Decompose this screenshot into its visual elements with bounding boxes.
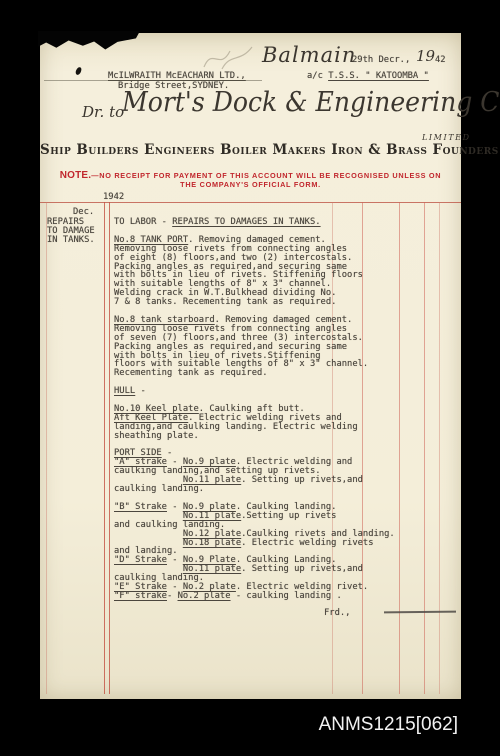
company-name: Mort's Dock & Engineering Co. xyxy=(122,87,500,118)
ink-speck xyxy=(75,66,82,75)
form-rule-line xyxy=(44,80,262,81)
typed-body: TO LABOR - REPAIRS TO DAMAGES IN TANKS.N… xyxy=(114,218,458,601)
typed-body-line: HULL - xyxy=(114,387,458,396)
typed-body-line xyxy=(114,378,458,387)
vertical-rule-left xyxy=(46,202,47,694)
catalog-number-caption: ANMS1215[062] xyxy=(319,714,458,736)
typed-body-line: "F" strake- No.2 plate - caulking landin… xyxy=(114,592,458,601)
torn-corner-damage xyxy=(38,31,140,52)
pencil-total-line xyxy=(384,611,456,614)
note-line-2: THE COMPANY'S OFFICIAL FORM. xyxy=(40,180,461,189)
dr-to-label: Dr. to xyxy=(82,103,124,121)
typed-body-line: TO LABOR - REPAIRS TO DAMAGES IN TANKS. xyxy=(114,218,458,227)
account-prefix: a/c xyxy=(307,71,328,81)
typed-year: 42 xyxy=(435,55,446,65)
invoice-paper: Balmain 29th Decr., 19 42 McILWRAITH McE… xyxy=(40,33,461,699)
typed-body-line: sheathing plate. xyxy=(114,432,458,441)
margin-note-3: IN TANKS. xyxy=(47,235,95,245)
account-vessel: T.S.S. " KATOOMBA " xyxy=(328,71,429,81)
scanned-document-page: { "colors":{"note_red":"#c1272d","rule_p… xyxy=(0,0,500,756)
note-text-1: —NO RECEIPT FOR PAYMENT OF THIS ACCOUNT … xyxy=(91,171,441,180)
pencil-squiggle xyxy=(198,41,270,75)
margin-month: Dec. xyxy=(73,207,94,217)
typed-body-line: 7 & 8 tanks. Recementing tank as require… xyxy=(114,298,458,307)
vertical-rule-double-2 xyxy=(109,202,110,694)
account-vessel-line: a/c T.S.S. " KATOOMBA " xyxy=(307,71,429,81)
typed-body-line: Recementing tank as required. xyxy=(114,369,458,378)
printed-year-prefix: 19 xyxy=(416,47,435,65)
trades-line: Ship Builders Engineers Boiler Makers Ir… xyxy=(40,142,461,158)
company-name-main: Mort's Dock & Engineering C xyxy=(122,87,500,118)
ledger-year: 1942 xyxy=(103,192,124,202)
typed-body-line: caulking landing. xyxy=(114,485,458,494)
carried-forward-label: Frd., xyxy=(324,608,350,618)
letterhead-place: Balmain xyxy=(262,43,356,67)
vertical-rule-double-1 xyxy=(104,202,105,694)
typed-date: 29th Decr., xyxy=(352,55,410,65)
company-limited: LIMITED xyxy=(422,133,471,142)
